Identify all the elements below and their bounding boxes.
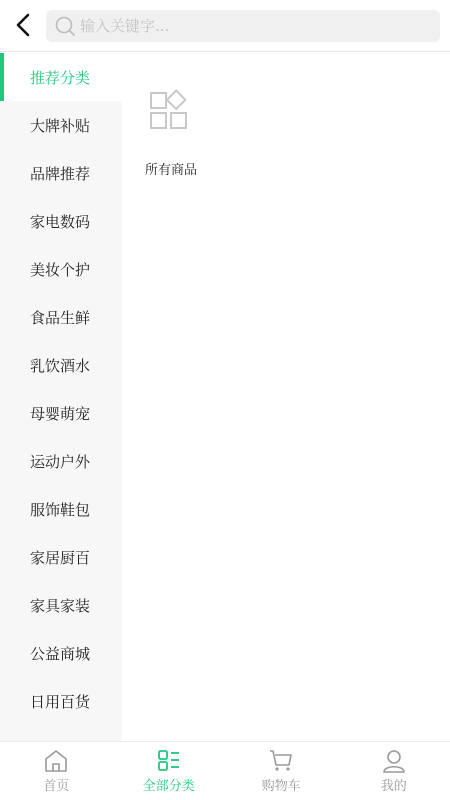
cart-icon <box>268 749 294 773</box>
user-icon <box>381 749 407 773</box>
sidebar-item-label: 服饰鞋包 <box>30 499 90 520</box>
sidebar-item-label: 运动户外 <box>30 451 90 472</box>
back-button[interactable] <box>10 10 38 40</box>
sidebar-item-label: 食品生鲜 <box>30 307 90 328</box>
sidebar-item-baby-pets[interactable]: 母婴萌宠 <box>0 389 122 437</box>
sidebar-item-label: 公益商城 <box>30 643 90 664</box>
category-content: 所有商品 <box>122 53 450 741</box>
sidebar-item-drinks[interactable]: 乳饮酒水 <box>0 341 122 389</box>
category-label: 所有商品 <box>138 159 204 178</box>
header <box>0 0 450 52</box>
home-icon <box>43 749 69 773</box>
search-icon <box>54 15 76 37</box>
search-input[interactable] <box>80 17 400 35</box>
sidebar-item-label: 乳饮酒水 <box>30 355 90 376</box>
sidebar-item-sports[interactable]: 运动户外 <box>0 437 122 485</box>
tab-label: 首页 <box>43 775 69 794</box>
sidebar-item-recommended[interactable]: 推荐分类 <box>0 53 122 101</box>
search-bar[interactable] <box>46 10 440 42</box>
sidebar-item-label: 日用百货 <box>30 691 90 712</box>
sidebar-item-daily-goods[interactable]: 日用百货 <box>0 677 122 725</box>
tab-label: 全部分类 <box>143 775 195 794</box>
all-categories-icon <box>148 89 194 135</box>
category-all-products[interactable]: 所有商品 <box>138 89 204 178</box>
sidebar-item-label: 大牌补贴 <box>30 115 90 136</box>
tab-all-categories[interactable]: 全部分类 <box>113 742 226 800</box>
sidebar-item-electronics[interactable]: 家电数码 <box>0 197 122 245</box>
category-sidebar: 推荐分类 大牌补贴 品牌推荐 家电数码 美妆个护 食品生鲜 乳饮酒水 母婴萌宠 … <box>0 53 122 741</box>
sidebar-item-brand-subsidy[interactable]: 大牌补贴 <box>0 101 122 149</box>
sidebar-item-furniture[interactable]: 家具家装 <box>0 581 122 629</box>
sidebar-item-beauty[interactable]: 美妆个护 <box>0 245 122 293</box>
sidebar-item-label: 家电数码 <box>30 211 90 232</box>
sidebar-item-label: 美妆个护 <box>30 259 90 280</box>
sidebar-item-brand-recommend[interactable]: 品牌推荐 <box>0 149 122 197</box>
tab-home[interactable]: 首页 <box>0 742 113 800</box>
tab-cart[interactable]: 购物车 <box>225 742 338 800</box>
tab-label: 购物车 <box>262 775 301 794</box>
sidebar-item-food[interactable]: 食品生鲜 <box>0 293 122 341</box>
sidebar-item-apparel[interactable]: 服饰鞋包 <box>0 485 122 533</box>
category-icon <box>156 749 182 773</box>
tab-profile[interactable]: 我的 <box>338 742 450 800</box>
sidebar-item-label: 品牌推荐 <box>30 163 90 184</box>
sidebar-item-label: 推荐分类 <box>30 67 90 88</box>
tab-label: 我的 <box>381 775 407 794</box>
bottom-tab-bar: 首页 全部分类 购物车 我的 <box>0 741 450 800</box>
sidebar-item-charity[interactable]: 公益商城 <box>0 629 122 677</box>
sidebar-item-label: 家具家装 <box>30 595 90 616</box>
sidebar-item-label: 家居厨百 <box>30 547 90 568</box>
chevron-left-icon <box>10 10 38 40</box>
sidebar-item-label: 母婴萌宠 <box>30 403 90 424</box>
sidebar-item-home-kitchen[interactable]: 家居厨百 <box>0 533 122 581</box>
